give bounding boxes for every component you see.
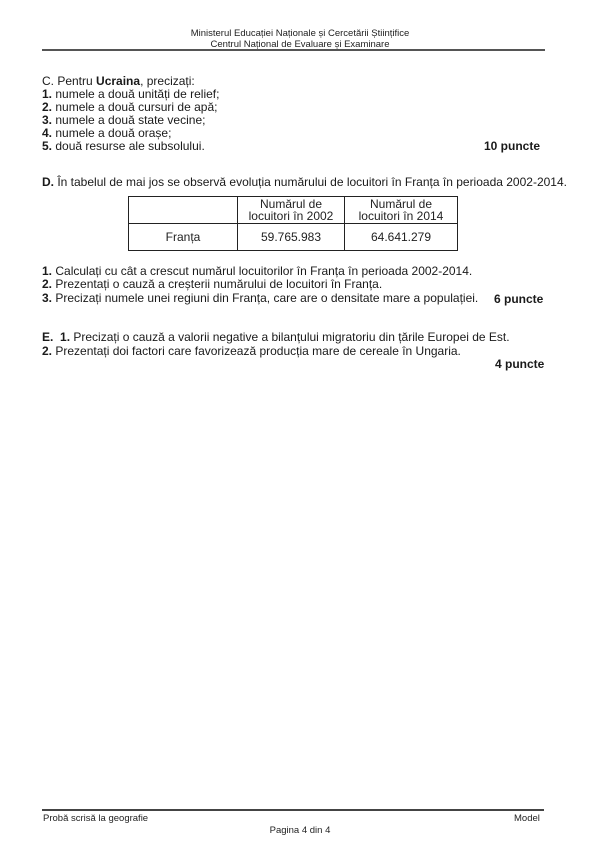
page-header: Ministerul Educației Naționale și Cercet…	[0, 29, 600, 50]
exam-title: Probă scrisă la geografie	[43, 813, 148, 824]
table-header-cell: Numărul de locuitori în 2002	[238, 197, 345, 224]
section-e-label: E.	[42, 330, 53, 344]
section-d-intro: D. În tabelul de mai jos se observă evol…	[42, 176, 567, 189]
section-c-points: 10 puncte	[484, 139, 540, 153]
footer-divider	[42, 809, 544, 811]
section-c-label: C.	[42, 74, 54, 88]
section-e-points: 4 puncte	[495, 357, 544, 371]
table-header-cell: Numărul de locuitori în 2014	[345, 197, 458, 224]
section-e-item: 2. Prezentați doi factori care favorizea…	[42, 345, 461, 358]
header-divider	[42, 49, 545, 51]
model-label: Model	[514, 813, 540, 824]
table-header-cell	[129, 197, 238, 224]
country-name: Ucraina	[96, 74, 140, 88]
table-row: Franța 59.765.983 64.641.279	[129, 224, 458, 251]
section-d-label: D.	[42, 175, 54, 189]
page-number: Pagina 4 din 4	[0, 825, 600, 836]
section-e-item: E. 1. Precizați o cauză a valorii negati…	[42, 331, 510, 344]
ministry-name: Ministerul Educației Naționale și Cercet…	[0, 29, 600, 40]
table-header-row: Numărul de locuitori în 2002 Numărul de …	[129, 197, 458, 224]
table-cell-2014: 64.641.279	[345, 224, 458, 251]
table-cell-country: Franța	[129, 224, 238, 251]
section-c-item: 5. două resurse ale subsolului.	[42, 140, 205, 153]
population-table: Numărul de locuitori în 2002 Numărul de …	[128, 196, 458, 251]
section-d-item: 2. Prezentați o cauză a creșterii număru…	[42, 278, 382, 291]
section-d-item: 3. Precizați numele unei regiuni din Fra…	[42, 292, 478, 305]
table-cell-2002: 59.765.983	[238, 224, 345, 251]
section-d-points: 6 puncte	[494, 292, 543, 306]
